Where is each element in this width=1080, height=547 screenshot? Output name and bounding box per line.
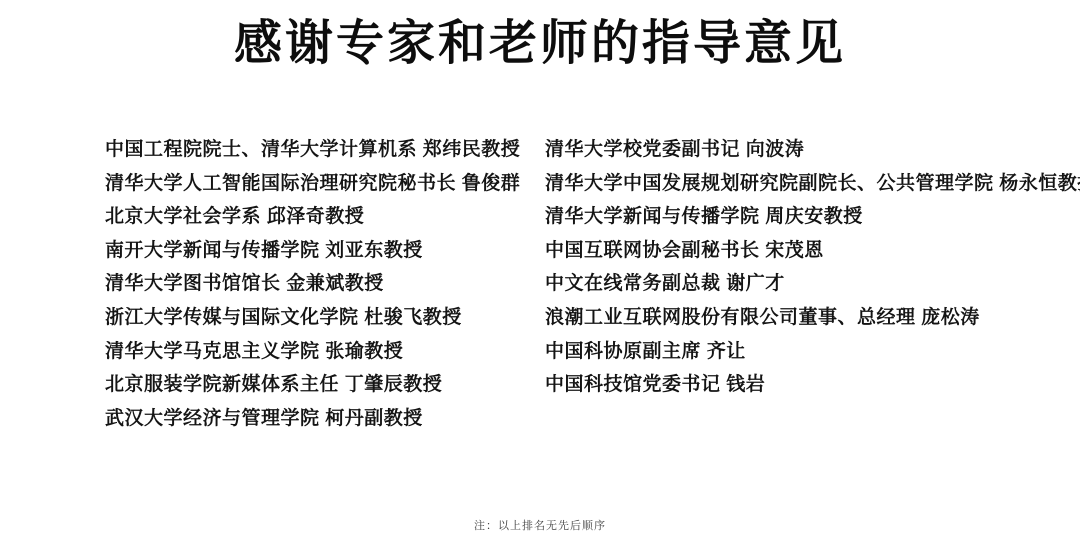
acknowledgement-column-left: 中国工程院院士、清华大学计算机系 郑纬民教授清华大学人工智能国际治理研究院秘书长… <box>105 133 520 435</box>
footnote: 注：以上排名无先后顺序 <box>0 519 1080 533</box>
acknowledgement-slide: 感谢专家和老师的指导意见 中国工程院院士、清华大学计算机系 郑纬民教授清华大学人… <box>0 0 1080 547</box>
acknowledgement-line: 清华大学中国发展规划研究院副院长、公共管理学院 杨永恒教授 <box>545 167 1080 201</box>
acknowledgement-line: 中国科技馆党委书记 钱岩 <box>545 368 1080 402</box>
acknowledgement-line: 清华大学图书馆馆长 金兼斌教授 <box>105 267 520 301</box>
acknowledgement-line: 浙江大学传媒与国际文化学院 杜骏飞教授 <box>105 301 520 335</box>
acknowledgement-line: 北京大学社会学系 邱泽奇教授 <box>105 200 520 234</box>
acknowledgement-line: 浪潮工业互联网股份有限公司董事、总经理 庞松涛 <box>545 301 1080 335</box>
acknowledgement-line: 中国互联网协会副秘书长 宋茂恩 <box>545 234 1080 268</box>
acknowledgement-line: 武汉大学经济与管理学院 柯丹副教授 <box>105 402 520 436</box>
acknowledgement-line: 清华大学马克思主义学院 张瑜教授 <box>105 335 520 369</box>
acknowledgement-line: 清华大学新闻与传播学院 周庆安教授 <box>545 200 1080 234</box>
acknowledgement-line: 清华大学校党委副书记 向波涛 <box>545 133 1080 167</box>
acknowledgement-line: 南开大学新闻与传播学院 刘亚东教授 <box>105 234 520 268</box>
acknowledgement-line: 中国工程院院士、清华大学计算机系 郑纬民教授 <box>105 133 520 167</box>
acknowledgement-line: 中文在线常务副总裁 谢广才 <box>545 267 1080 301</box>
acknowledgement-column-right: 清华大学校党委副书记 向波涛清华大学中国发展规划研究院副院长、公共管理学院 杨永… <box>545 133 1080 402</box>
acknowledgement-line: 北京服装学院新媒体系主任 丁肇辰教授 <box>105 368 520 402</box>
acknowledgement-line: 清华大学人工智能国际治理研究院秘书长 鲁俊群 <box>105 167 520 201</box>
acknowledgement-line: 中国科协原副主席 齐让 <box>545 335 1080 369</box>
slide-title: 感谢专家和老师的指导意见 <box>0 18 1080 70</box>
